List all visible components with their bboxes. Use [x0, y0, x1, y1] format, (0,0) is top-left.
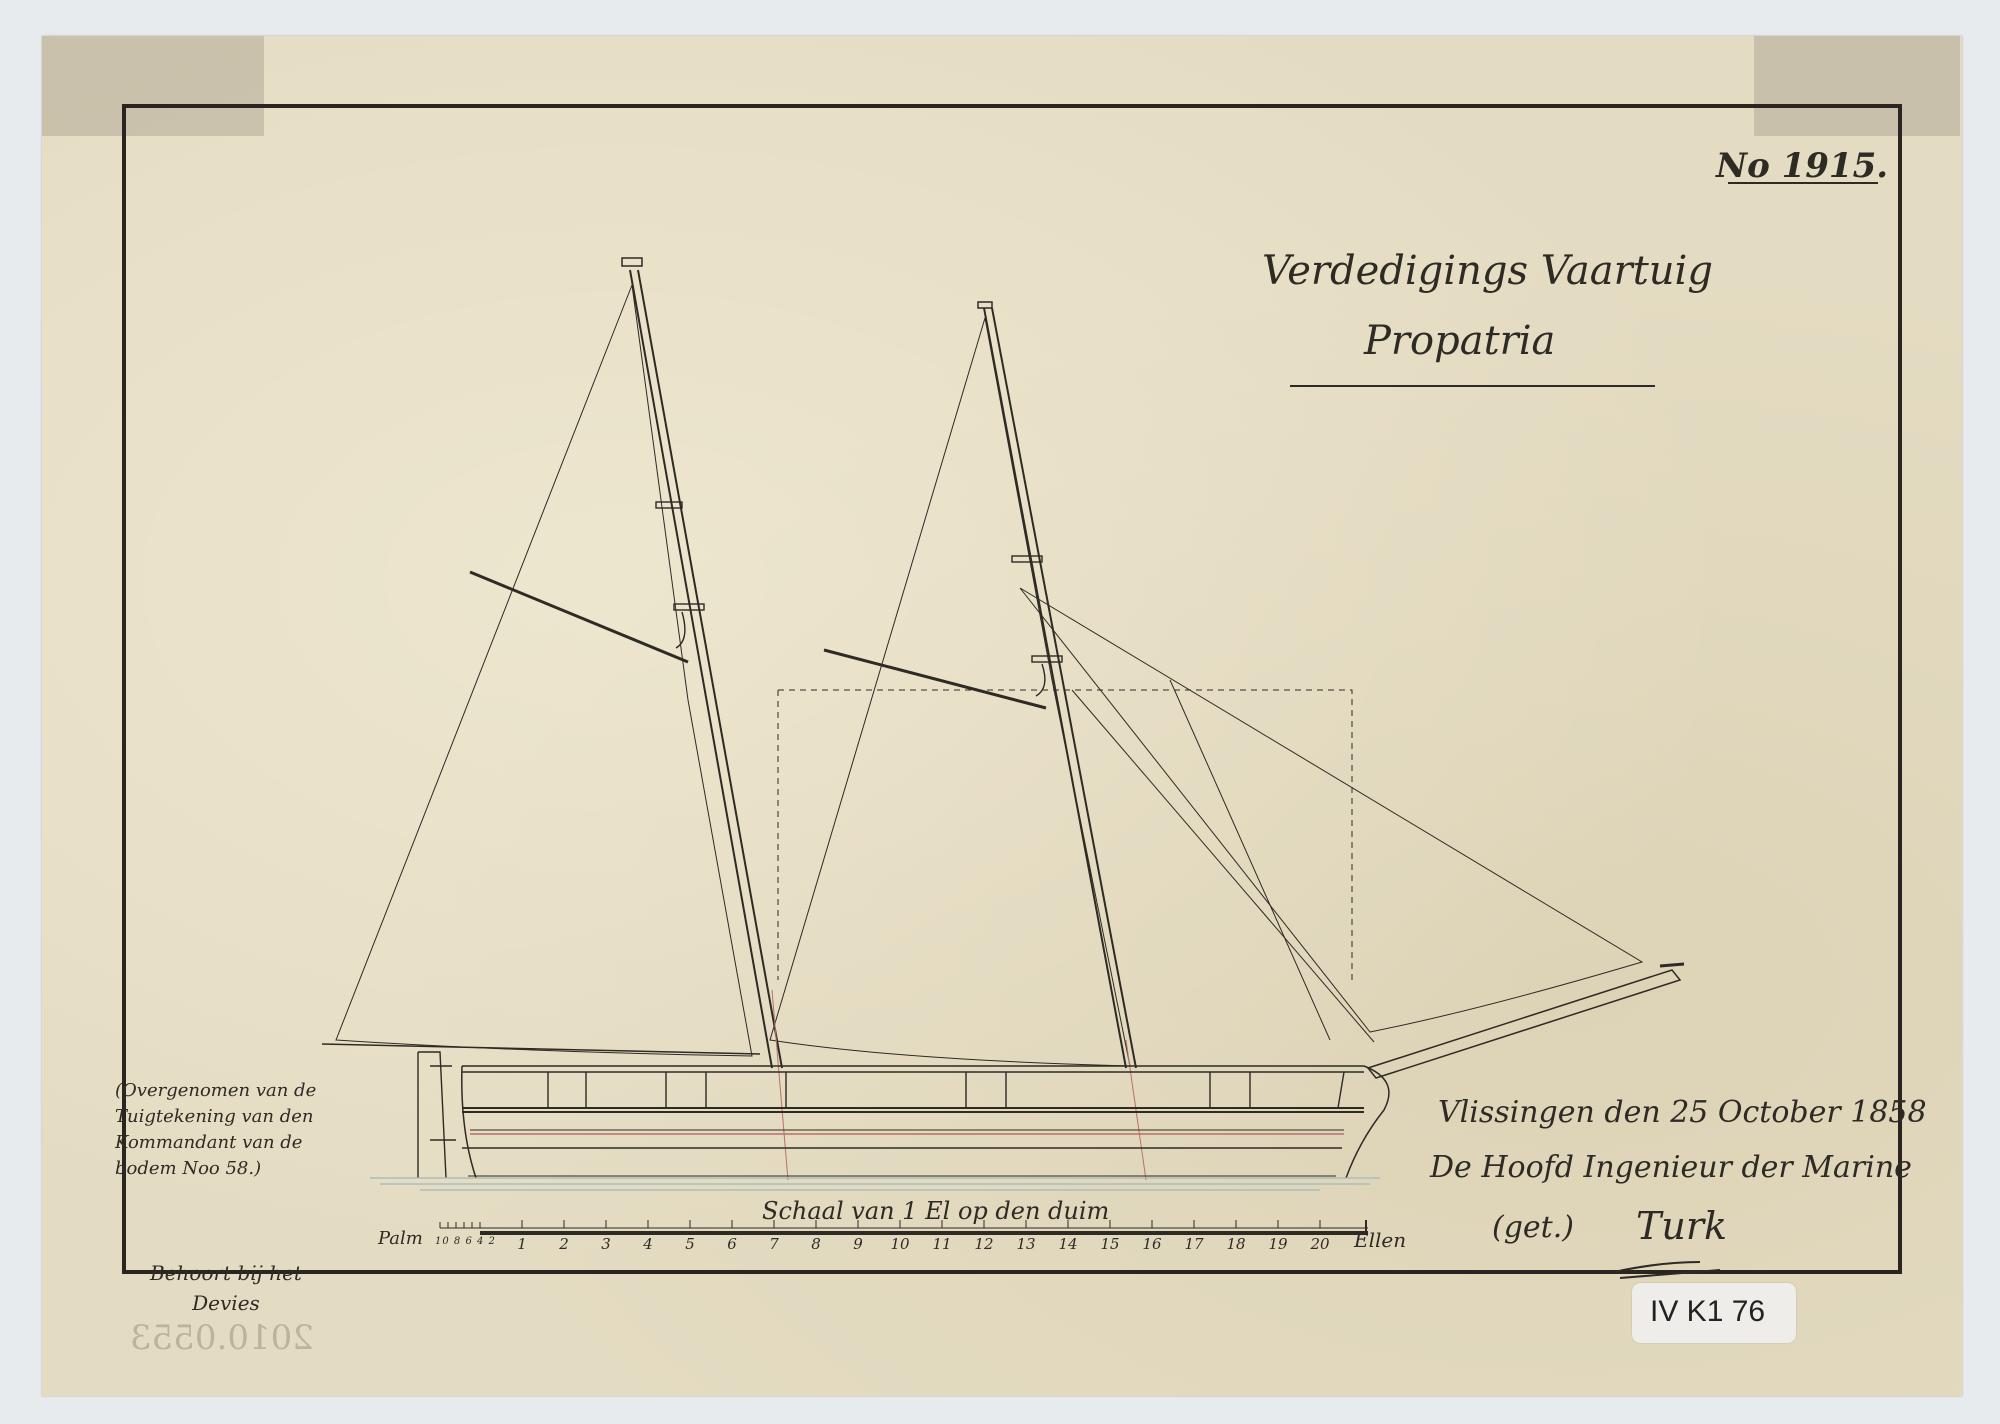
scale-tick: 19: [1268, 1235, 1287, 1253]
scale-tick: 10: [890, 1235, 909, 1253]
scale-tick: 14: [1058, 1235, 1077, 1253]
scale-tick: 5: [685, 1235, 695, 1253]
drawing-title: Verdedigings Vaartuig: [1262, 248, 1713, 294]
scale-tick: 13: [1016, 1235, 1035, 1253]
scale-tick: 12: [974, 1235, 993, 1253]
scale-tick: 15: [1100, 1235, 1119, 1253]
scale-tick: 7: [769, 1235, 779, 1253]
scale-tick: 11: [932, 1235, 951, 1253]
archive-label: IV K1 76: [1632, 1283, 1796, 1343]
scale-tick: 2: [559, 1235, 569, 1253]
belongs-to-note: Behoort bij het Devies: [150, 1258, 302, 1318]
signed-prefix: (get.): [1492, 1210, 1574, 1245]
note-line: Kommandant van de: [115, 1130, 316, 1156]
scale-tick: 1: [517, 1235, 527, 1253]
belongs-line: Devies: [150, 1288, 302, 1318]
note-line: Tuigtekening van den: [115, 1104, 316, 1130]
fore-sail: [770, 318, 1130, 1066]
catalog-number: No 1915.: [1716, 146, 1888, 186]
scale-tick: 8: [811, 1235, 821, 1253]
scale-tick: 17: [1184, 1235, 1203, 1253]
scale-title: Schaal van 1 El op den duim: [762, 1197, 1109, 1225]
scale-tick: 9: [853, 1235, 863, 1253]
catalog-number-underline: [1728, 182, 1878, 184]
signature-name: Turk: [1636, 1204, 1727, 1248]
scale-tick: 16: [1142, 1235, 1161, 1253]
hull: [462, 1066, 1364, 1072]
source-note: (Overgenomen van de Tuigtekening van den…: [115, 1078, 316, 1182]
jib: [1020, 588, 1642, 1032]
note-line: (Overgenomen van de: [115, 1078, 316, 1104]
belongs-line: Behoort bij het: [150, 1258, 302, 1288]
scale-right-unit: Ellen: [1354, 1228, 1406, 1252]
pencil-inventory-number: 2010.0553: [130, 1318, 314, 1358]
title-underline: [1290, 385, 1655, 387]
scale-tick: 4: [643, 1235, 653, 1253]
engineer-title: De Hoofd Ingenieur der Marine: [1430, 1150, 1912, 1185]
scale-left-unit: Palm: [378, 1228, 423, 1249]
place-date: Vlissingen den 25 October 1858: [1438, 1095, 1927, 1130]
scale-tick: 6: [727, 1235, 737, 1253]
aft-sail: [336, 285, 752, 1056]
archive-label-text: IV K1 76: [1650, 1295, 1765, 1329]
scale-tick: 18: [1226, 1235, 1245, 1253]
scale-tick: 20: [1310, 1235, 1329, 1253]
ship-name: Propatria: [1364, 318, 1555, 364]
note-line: bodem Noo 58.): [115, 1156, 316, 1182]
scale-tick: 3: [601, 1235, 611, 1253]
scale-small-ticks: 10 8 6 4 2: [435, 1236, 496, 1247]
